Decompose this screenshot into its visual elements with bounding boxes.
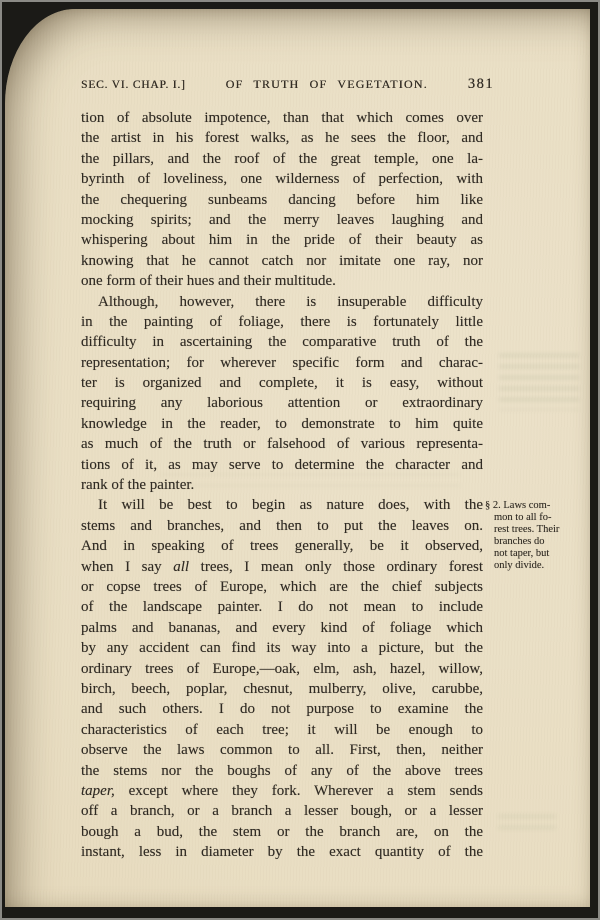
text-line: the artist in his forest walks, as he se… [81,128,483,148]
margin-note-line: branches do [494,536,590,548]
text-line: in the painting of foliage, there is for… [81,312,483,332]
margin-note-line: not taper, but [494,548,590,560]
text-line: rank of the painter. [81,475,483,495]
text-line: ter is organized and complete, it is eas… [81,373,483,393]
margin-note: § 2. Laws com- mon to all fo- rest trees… [485,500,590,571]
text-line: as much of the truth or falsehood of var… [81,434,483,454]
text-line: observe the laws common to all. First, t… [81,740,483,760]
text-line: off a branch, or a branch a lesser bough… [81,801,483,821]
text-line: the chequering sunbeams dancing before h… [81,190,483,210]
text-line: when I say all trees, I mean only those … [81,557,483,577]
text-line: birch, beech, poplar, chesnut, mulberry,… [81,679,483,699]
text-line: And in speaking of trees generally, be i… [81,536,483,556]
ink-showthrough [499,354,579,410]
ink-showthrough [498,815,556,830]
text-line: Although, however, there is insuperable … [81,292,483,312]
text-segment: trees, I mean only those ordinary forest [189,559,483,575]
page-number: 381 [468,76,494,93]
text-line: It will be best to begin as nature does,… [81,495,483,515]
book-page: SEC. VI. CHAP. I.] OF TRUTH OF VEGETATIO… [5,9,590,907]
scanned-book-image: SEC. VI. CHAP. I.] OF TRUTH OF VEGETATIO… [0,0,600,920]
margin-note-line: only divide. [494,560,590,572]
text-line: palms and bananas, and every kind of fol… [81,618,483,638]
text-line: of the landscape painter. I do not mean … [81,597,483,617]
text-line: characteristics of each tree; it will be… [81,720,483,740]
margin-note-line: mon to all fo- [494,512,590,524]
text-line: requiring any laborious attention or ext… [81,393,483,413]
text-line: mocking spirits; and the merry leaves la… [81,210,483,230]
text-line: ordinary trees of Europe,—oak, elm, ash,… [81,659,483,679]
margin-note-line: rest trees. Their [494,524,590,536]
text-line: or copse trees of Europe, which are the … [81,577,483,597]
text-line: byrinth of loveliness, one wilderness of… [81,169,483,189]
text-line: knowing that he cannot catch nor imitate… [81,251,483,271]
text-line: by any accident can find its way into a … [81,638,483,658]
italic-word: taper, [81,783,115,799]
text-line: the pillars, and the roof of the great t… [81,149,483,169]
text-segment: when I say [81,559,173,575]
text-line: and such others. I do not purpose to exa… [81,699,483,719]
text-line: bough a bud, the stem or the branch are,… [81,822,483,842]
text-segment: except where they fork. Wherever a stem … [115,783,483,799]
page-header: SEC. VI. CHAP. I.] OF TRUTH OF VEGETATIO… [81,76,494,93]
text-line: taper, except where they fork. Wherever … [81,781,483,801]
text-line: difficulty in ascertaining the comparati… [81,332,483,352]
text-line: stems and branches, and then to put the … [81,516,483,536]
body-text: tion of absolute impotence, than that wh… [81,108,483,862]
header-section-label: SEC. VI. CHAP. I.] [81,79,186,91]
text-line: representation; for wherever specific fo… [81,353,483,373]
margin-note-line: § 2. Laws com- [485,500,590,512]
text-line: instant, less in diameter by the exact q… [81,842,483,862]
text-line: whispering about him in the pride of the… [81,230,483,250]
text-line: tion of absolute impotence, than that wh… [81,108,483,128]
text-line: one form of their hues and their multitu… [81,271,483,291]
italic-word: all [173,559,189,575]
text-line: knowledge in the reader, to demonstrate … [81,414,483,434]
header-running-title: OF TRUTH OF VEGETATION. [226,77,428,92]
text-line: tions of it, as may serve to determine t… [81,455,483,475]
text-line: the stems nor the boughs of any of the a… [81,761,483,781]
